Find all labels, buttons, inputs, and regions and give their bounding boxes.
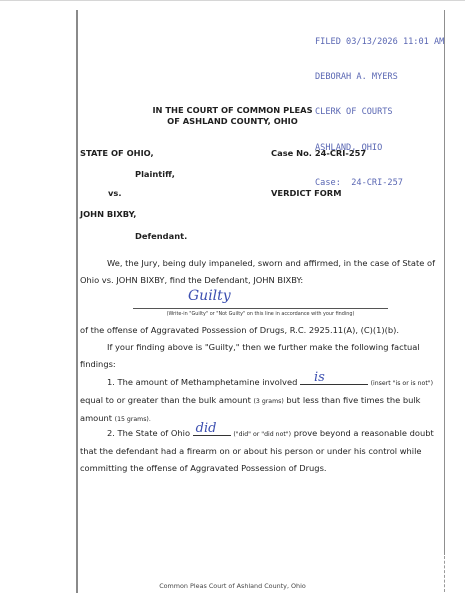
finding-1-bulk-amount: (3 grams) xyxy=(254,398,284,405)
verdict-line xyxy=(133,308,388,309)
form-title: VERDICT FORM xyxy=(271,188,341,198)
case-number: Case No. 24-CRI-257 xyxy=(271,148,366,158)
defendant-name: JOHN BIXBY, xyxy=(80,209,136,219)
finding-2-hint: ("did" or "did not") xyxy=(233,431,291,438)
plaintiff-name: STATE OF OHIO, xyxy=(80,148,154,158)
finding-2-prefix: 2. The State of Ohio xyxy=(107,428,190,438)
plaintiff-role: Plaintiff, xyxy=(135,169,175,179)
court-heading-line1: IN THE COURT OF COMMON PLEAS xyxy=(0,105,465,116)
finding-1-handwritten: is xyxy=(314,371,325,384)
finding-intro-paragraph: If your finding above is "Guilty," then … xyxy=(80,339,442,373)
jury-intro-paragraph: We, the Jury, being duly impaneled, swor… xyxy=(80,255,442,289)
finding-1-prefix: 1. The amount of Methamphetamine involve… xyxy=(107,377,297,387)
stamp-clerk-name: DEBORAH A. MYERS xyxy=(315,72,444,84)
finding-2-handwritten: did xyxy=(196,422,217,435)
stamp-filed-line: FILED 03/13/2026 11:01 AM xyxy=(315,37,444,49)
page-footer: Common Pleas Court of Ashland County, Oh… xyxy=(0,582,465,590)
court-heading: IN THE COURT OF COMMON PLEAS OF ASHLAND … xyxy=(0,105,465,127)
versus-label: vs. xyxy=(108,188,122,198)
finding-1-paragraph: 1. The amount of Methamphetamine involve… xyxy=(80,373,442,428)
finding-2-blank: did xyxy=(193,424,231,436)
page-top-edge xyxy=(0,0,465,1)
finding-1-hint: (insert "is or is not") xyxy=(371,380,433,387)
verdict-handwritten: Guilty xyxy=(188,288,231,304)
finding-1-five-times-amount: (15 grams). xyxy=(115,416,151,423)
defendant-role: Defendant. xyxy=(135,231,187,241)
offense-text: of the offense of Aggravated Possession … xyxy=(80,322,442,339)
left-margin-line xyxy=(76,10,78,593)
finding-1-text-a: equal to or greater than the bulk amount xyxy=(80,395,251,405)
finding-2-paragraph: 2. The State of Ohio did ("did" or "did … xyxy=(80,424,442,477)
court-heading-line2: OF ASHLAND COUNTY, OHIO xyxy=(0,116,465,127)
verdict-line-caption: (Write-in "Guilty" or "Not Guilty" on th… xyxy=(133,311,388,317)
finding-1-blank: is xyxy=(300,373,368,385)
